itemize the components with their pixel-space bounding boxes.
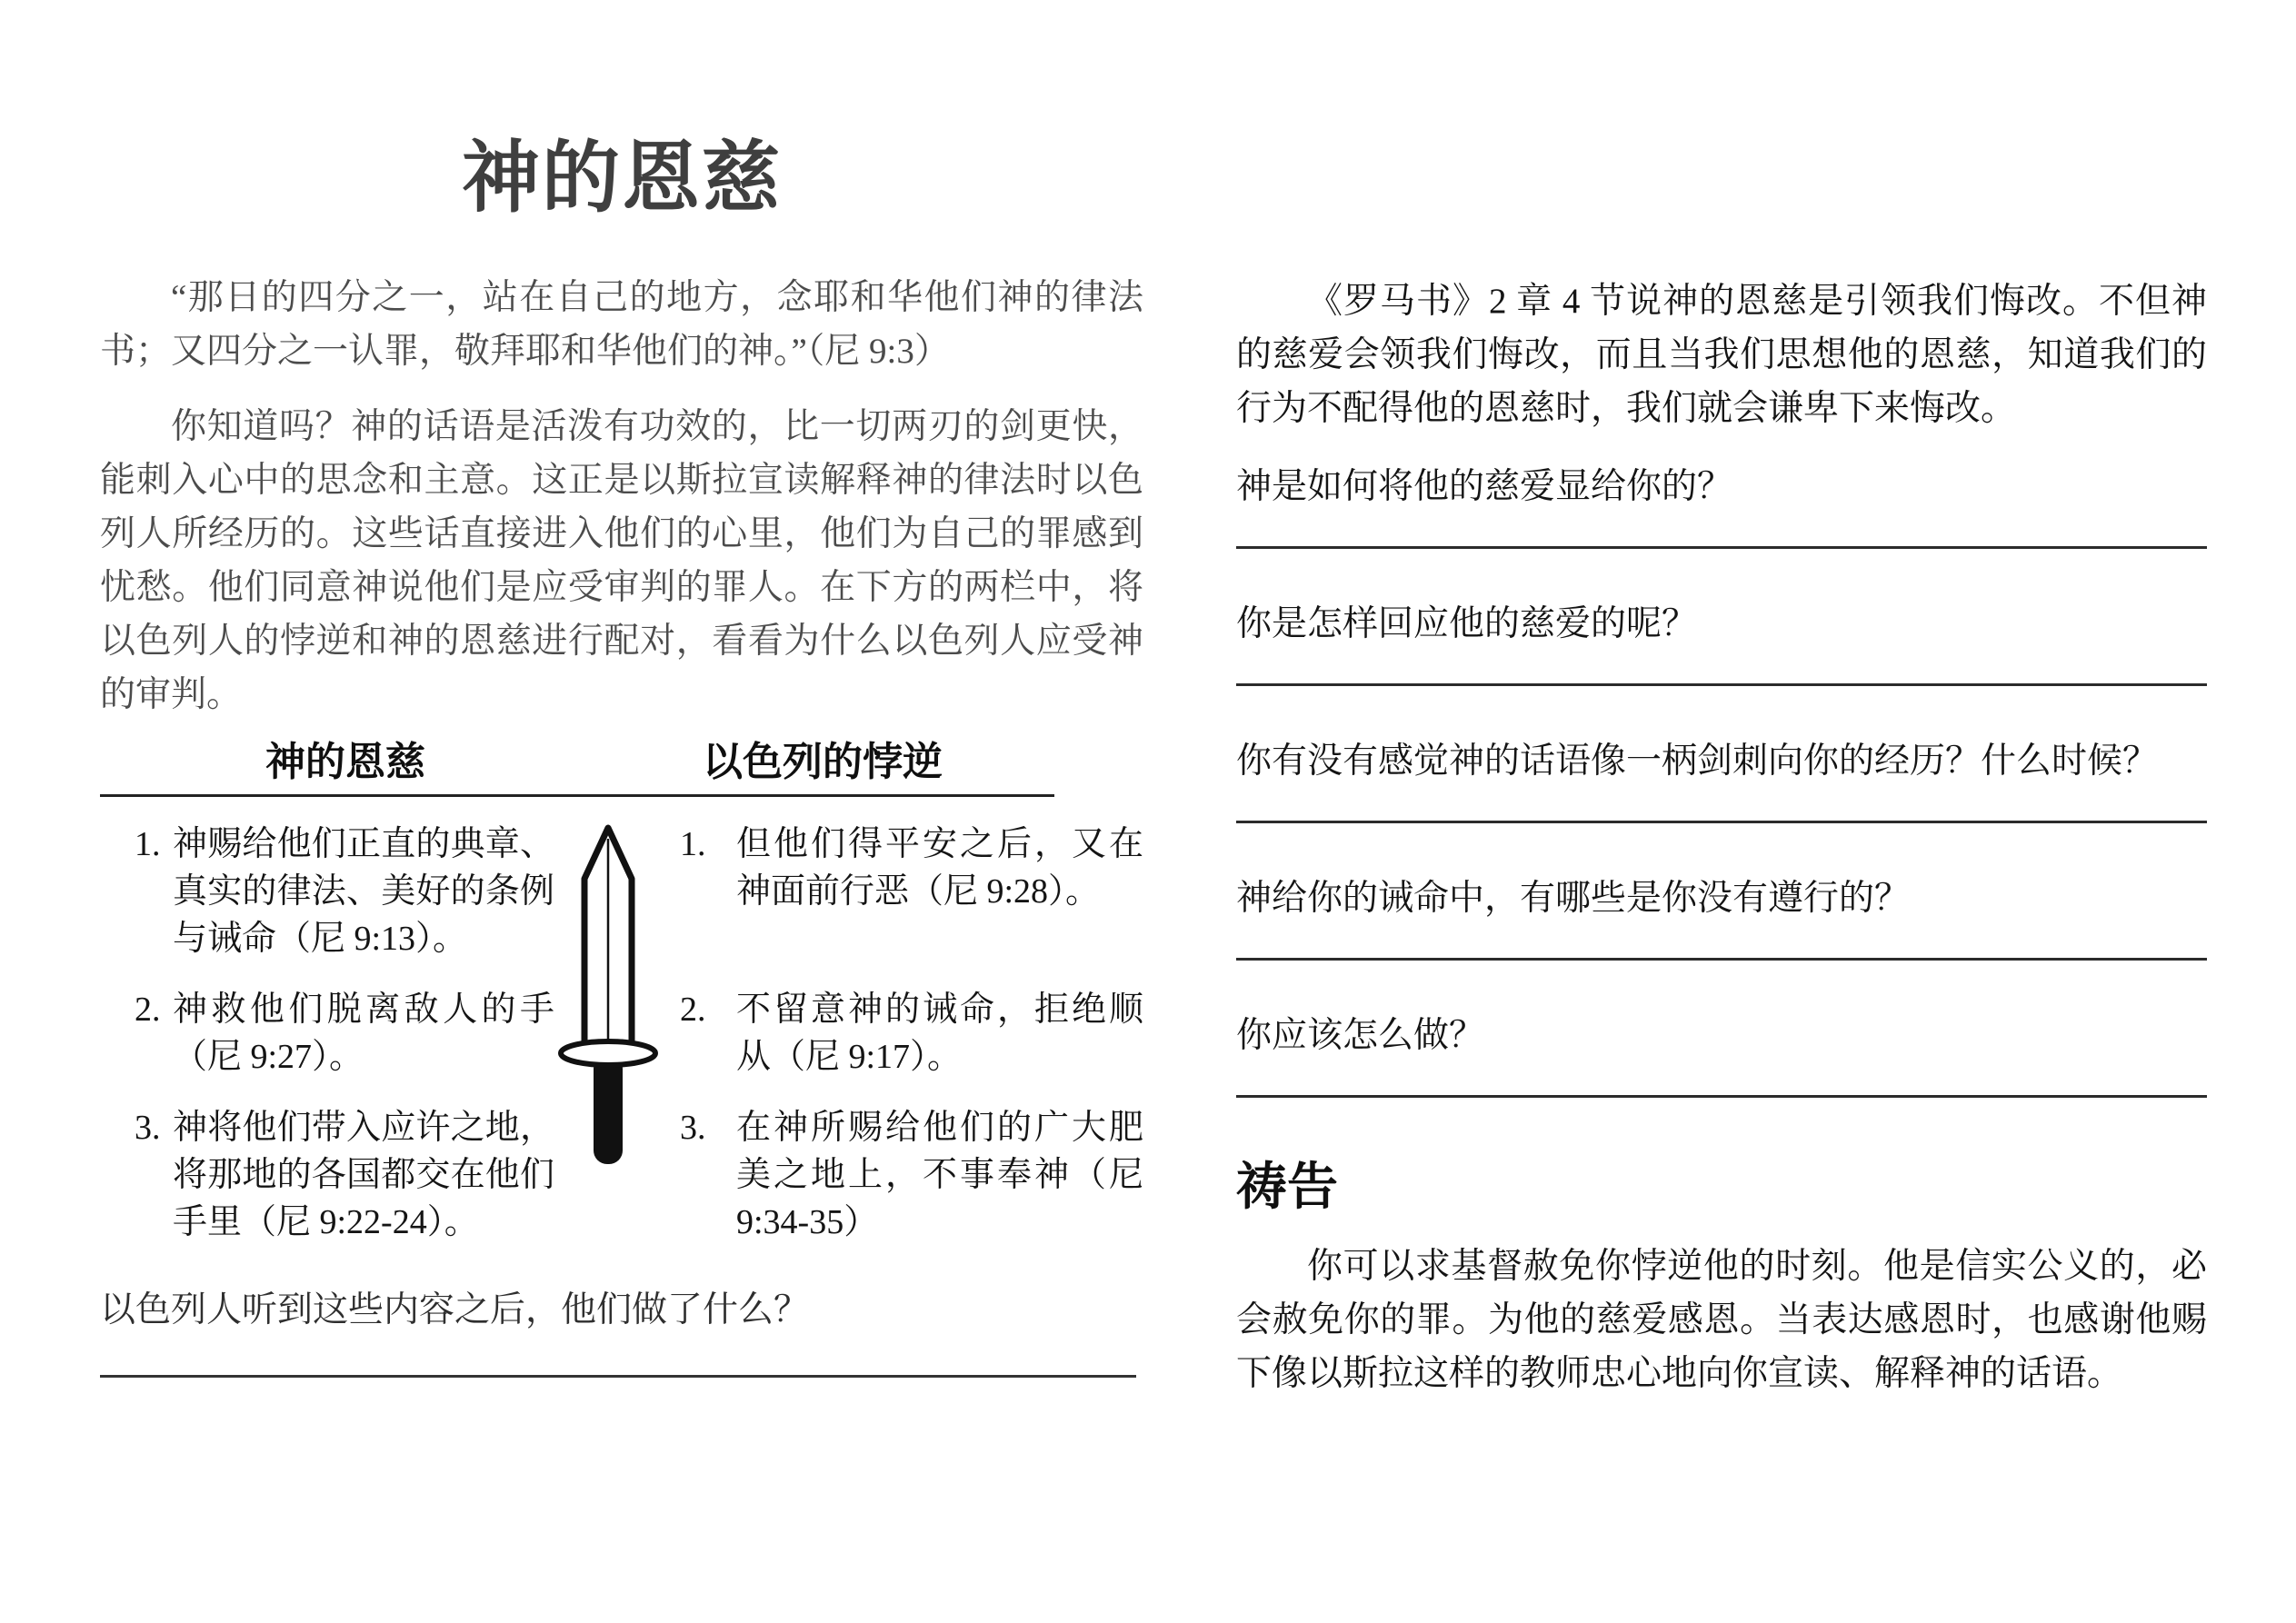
list-item-text: 在神所赐给他们的广大肥美之地上，不事奉神（尼 9:34-35）	[736, 1104, 1143, 1246]
matching-table-body: 1. 神赐给他们正直的典章、真实的律法、美好的条例与诫命（尼 9:13）。 1.…	[100, 797, 1143, 1246]
list-item: 1. 但他们得平安之后，又在神面前行恶（尼 9:28）。	[673, 821, 1143, 962]
question-israel-response: 以色列人听到这些内容之后，他们做了什么？	[100, 1284, 1143, 1337]
question-block: 神给你的诫命中，有哪些是你没有遵行的？	[1236, 872, 2207, 961]
list-item-text: 神救他们脱离敌人的手（尼 9:27）。	[173, 986, 554, 1080]
romans-paragraph: 《罗马书》2 章 4 节说神的恩慈是引领我们悔改。不但神的慈爱会领我们悔改，而且…	[1236, 274, 2207, 435]
matching-table-header-row: 神的恩慈 以色列的悖逆	[100, 729, 1054, 797]
answer-line	[1236, 683, 2207, 686]
list-item: 2. 不留意神的诫命，拒绝顺从（尼 9:17）。	[673, 986, 1143, 1080]
right-column: 《罗马书》2 章 4 节说神的恩慈是引领我们悔改。不但神的慈爱会领我们悔改，而且…	[1236, 0, 2207, 1400]
question-text: 你有没有感觉神的话语像一柄剑刺向你的经历？什么时候？	[1236, 735, 2207, 788]
question-text: 你应该怎么做？	[1236, 1010, 2207, 1062]
scripture-quote-paragraph: “那日的四分之一，站在自己的地方，念耶和华他们神的律法书；又四分之一认罪，敬拜耶…	[100, 271, 1143, 378]
list-item-text: 但他们得平安之后，又在神面前行恶（尼 9:28）。	[736, 821, 1143, 962]
list-item: 1. 神赐给他们正直的典章、真实的律法、美好的条例与诫命（尼 9:13）。	[100, 821, 554, 962]
question-block: 神是如何将他的慈爱显给你的？	[1236, 461, 2207, 549]
sword-icon	[558, 824, 658, 1171]
intro-paragraph: 你知道吗？神的话语是活泼有功效的，比一切两刃的剑更快，能刺入心中的思念和主意。这…	[100, 400, 1143, 722]
question-text: 神给你的诫命中，有哪些是你没有遵行的？	[1236, 872, 2207, 925]
question-text: 神是如何将他的慈爱显给你的？	[1236, 461, 2207, 513]
prayer-paragraph: 你可以求基督赦免你悖逆他的时刻。他是信实公义的，必会赦免你的罪。为他的慈爱感恩。…	[1236, 1240, 2207, 1400]
list-item-text: 不留意神的诫命，拒绝顺从（尼 9:17）。	[736, 986, 1143, 1080]
matching-table: 神的恩慈 以色列的悖逆 1. 神赐给他们正直的典章	[100, 729, 1143, 1246]
kindness-column-header: 神的恩慈	[265, 740, 425, 784]
rebellion-column-header-cell: 以色列的悖逆	[591, 729, 1054, 787]
rebellion-column-header: 以色列的悖逆	[703, 740, 943, 784]
question-block: 你应该怎么做？	[1236, 1010, 2207, 1098]
list-item-text: 神将他们带入应许之地，将那地的各国都交在他们手里（尼 9:22-24）。	[173, 1104, 554, 1246]
list-item-number: 3.	[673, 1104, 736, 1246]
sword-illustration-cell	[554, 821, 673, 1246]
answer-line	[100, 1375, 1136, 1378]
list-item-number: 3.	[100, 1104, 173, 1246]
list-item: 3. 神将他们带入应许之地，将那地的各国都交在他们手里（尼 9:22-24）。	[100, 1104, 554, 1246]
prayer-heading: 祷告	[1236, 1156, 2207, 1220]
list-item-number: 1.	[673, 821, 736, 962]
question-text: 你是怎样回应他的慈爱的呢？	[1236, 598, 2207, 651]
list-item-number: 1.	[100, 821, 173, 962]
worksheet-page: 神的恩慈 “那日的四分之一，站在自己的地方，念耶和华他们神的律法书；又四分之一认…	[0, 0, 2296, 1623]
answer-line	[1236, 1095, 2207, 1098]
list-item: 3. 在神所赐给他们的广大肥美之地上，不事奉神（尼 9:34-35）	[673, 1104, 1143, 1246]
kindness-column-header-cell: 神的恩慈	[100, 729, 591, 787]
list-item: 2. 神救他们脱离敌人的手（尼 9:27）。	[100, 986, 554, 1080]
list-item-text: 神赐给他们正直的典章、真实的律法、美好的条例与诫命（尼 9:13）。	[173, 821, 554, 962]
question-block: 你是怎样回应他的慈爱的呢？	[1236, 598, 2207, 686]
list-item-number: 2.	[100, 986, 173, 1080]
answer-line	[1236, 546, 2207, 549]
left-column: 神的恩慈 “那日的四分之一，站在自己的地方，念耶和华他们神的律法书；又四分之一认…	[100, 0, 1143, 1378]
answer-line	[1236, 821, 2207, 823]
page-title: 神的恩慈	[100, 132, 1143, 225]
question-block: 你有没有感觉神的话语像一柄剑刺向你的经历？什么时候？	[1236, 735, 2207, 823]
answer-line	[1236, 958, 2207, 961]
list-item-number: 2.	[673, 986, 736, 1080]
